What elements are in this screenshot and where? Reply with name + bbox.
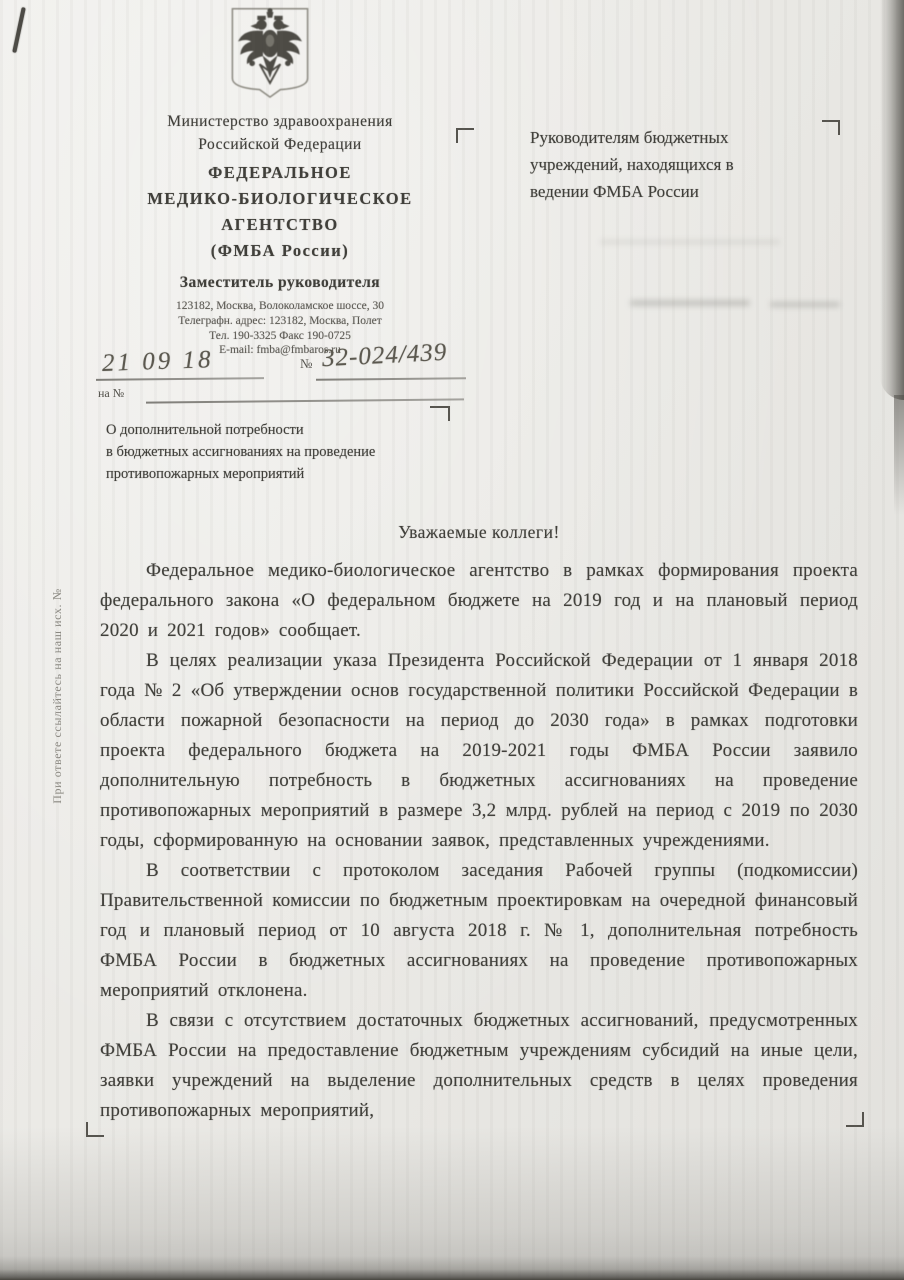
- bleed-through-smudge: [630, 300, 750, 306]
- ministry-name-line1: Министерство здравоохранения: [95, 113, 465, 131]
- bleed-through-smudge: [770, 302, 840, 307]
- reply-to-number-label: на №: [98, 386, 124, 401]
- body-paragraph-1: Федеральное медико-биологическое агентст…: [100, 556, 858, 646]
- corner-mark-bottom-right: [846, 1112, 864, 1127]
- reply-number-underline: [146, 398, 464, 403]
- address-line1: 123182, Москва, Волоколамское шоссе, 30: [95, 300, 465, 312]
- margin-reply-note: При ответе ссылайтесь на наш исх. №: [50, 536, 66, 856]
- double-headed-eagle-icon: [226, 5, 314, 99]
- agency-name-line1: ФЕДЕРАЛЬНОЕ: [95, 163, 465, 183]
- body-paragraph-2: В целях реализации указа Президента Росс…: [100, 646, 858, 856]
- subject-line3: противопожарных мероприятий: [106, 464, 466, 484]
- scan-right-edge-shadow-tail: [894, 395, 904, 515]
- number-underline: [316, 377, 466, 381]
- handwritten-date: 21 09 18: [102, 346, 214, 378]
- corner-mark-subject: [430, 406, 450, 421]
- subject-line2: в бюджетных ассигнованиях на проведение: [106, 442, 466, 462]
- corner-mark-bottom-left: [86, 1122, 104, 1137]
- recipient-block: Руководителям бюджетных учреждений, нахо…: [530, 124, 840, 205]
- agency-name-line2: МЕДИКО-БИОЛОГИЧЕСКОЕ: [95, 189, 465, 209]
- handwritten-outgoing-number: 32-024/439: [321, 339, 448, 374]
- body-paragraph-3: В соответствии с протоколом заседания Ра…: [100, 856, 858, 1006]
- recipient-line3: ведении ФМБА России: [530, 178, 840, 205]
- recipient-line2: учреждений, находящихся в: [530, 151, 840, 178]
- date-underline: [96, 377, 264, 381]
- subject-line1: О дополнительной потребности: [106, 420, 466, 440]
- recipient-line1: Руководителям бюджетных: [530, 124, 840, 151]
- ministry-name-line2: Российской Федерации: [95, 136, 465, 154]
- number-sign-label: №: [300, 356, 312, 372]
- coat-of-arms-emblem: [226, 5, 314, 99]
- scanned-letter-page: Министерство здравоохранения Российской …: [0, 0, 904, 1280]
- letter-body: Федеральное медико-биологическое агентст…: [100, 556, 858, 1126]
- scan-bottom-edge-shadow: [0, 1256, 904, 1280]
- corner-mark-recipient-left: [456, 128, 474, 143]
- official-title: Заместитель руководителя: [95, 274, 465, 292]
- scan-right-edge-shadow: [880, 0, 904, 400]
- pen-stroke-mark: [12, 7, 25, 53]
- address-line2: Телеграфн. адрес: 123182, Москва, Полет: [95, 315, 465, 327]
- salutation: Уважаемые коллеги!: [100, 522, 858, 543]
- agency-abbreviation: (ФМБА России): [95, 241, 465, 261]
- agency-name-line3: АГЕНТСТВО: [95, 215, 465, 235]
- bleed-through-smudge: [600, 240, 780, 244]
- body-paragraph-4: В связи с отсутствием достаточных бюджет…: [100, 1006, 858, 1126]
